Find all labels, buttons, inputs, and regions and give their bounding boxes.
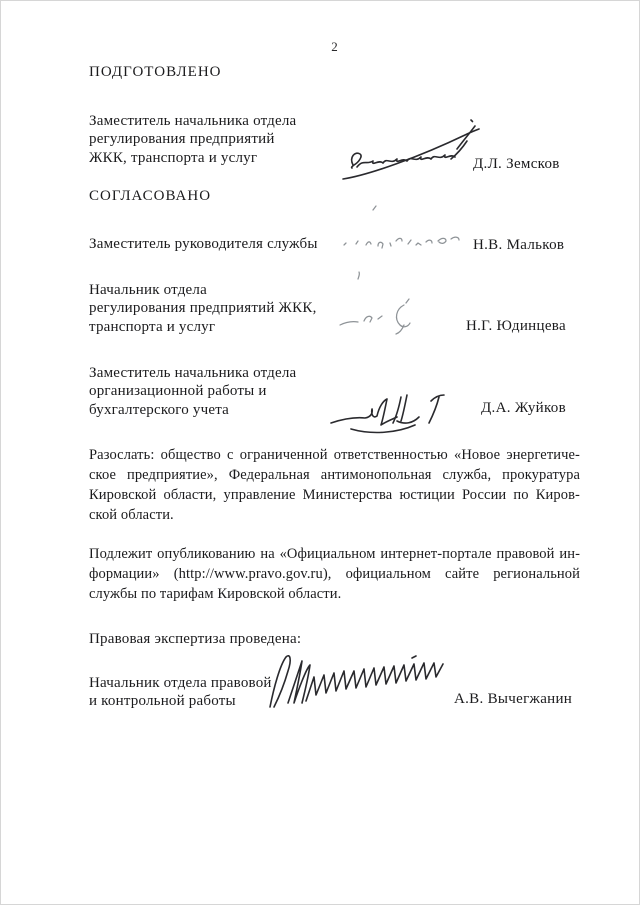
signer-role-zemskov: Заместитель начальника отдела регулирова… [89,112,296,167]
signer-name-yudintseva: Н.Г. Юдинцева [466,317,566,336]
signer-name-malkov: Н.В. Мальков [473,236,564,255]
role-line: Заместитель начальника отдела [89,112,296,130]
distribution-paragraph: Разослать: общество с ограниченной ответ… [89,445,580,525]
signer-role-zhuykov: Заместитель начальника отдела организаци… [89,364,296,419]
signer-name-vychegzhanin: А.В. Вычегжанин [454,690,572,709]
paragraph-line: формации» (http://www.pravo.gov.ru), офи… [89,564,580,584]
publication-paragraph: Подлежит опубликованию на «Официальном и… [89,544,580,604]
paragraph-line: Подлежит опубликованию на «Официальном и… [89,544,580,564]
role-line: регулирования предприятий [89,130,296,148]
role-line: и контрольной работы [89,692,272,710]
malkov-signature-icon [336,201,466,256]
role-line: Начальник отдела [89,281,317,299]
paragraph-line: ской области. [89,505,580,525]
role-line: ЖКК, транспорта и услуг [89,149,296,167]
signer-role-yudintseva: Начальник отдела регулирования предприят… [89,281,317,336]
paragraph-line: ское предприятие», Федеральная антимоноп… [89,465,580,485]
document-page: 2 ПОДГОТОВЛЕНО Заместитель начальника от… [0,0,640,905]
vychegzhanin-signature-icon [262,651,457,713]
zemskov-signature-icon [339,115,484,185]
paragraph-line: Кировской области, управление Министерст… [89,485,580,505]
signer-role-vychegzhanin: Начальник отдела правовой и контрольной … [89,674,272,711]
signer-name-zhuykov: Д.А. Жуйков [481,399,566,418]
yudintseva-signature-icon [334,267,429,337]
zhuykov-signature-icon [327,383,459,437]
paragraph-line: Разослать: общество с ограниченной ответ… [89,445,580,465]
role-line: бухгалтерского учета [89,401,296,419]
role-line: Заместитель руководителя службы [89,235,318,253]
signer-role-malkov: Заместитель руководителя службы [89,235,318,253]
role-line: Заместитель начальника отдела [89,364,296,382]
heading-legal-review: Правовая экспертиза проведена: [89,630,301,648]
role-line: Начальник отдела правовой [89,674,272,692]
role-line: организационной работы и [89,382,296,400]
paragraph-line: службы по тарифам Кировской области. [89,584,580,604]
signer-name-zemskov: Д.Л. Земсков [473,155,560,174]
role-line: транспорта и услуг [89,318,317,336]
heading-prepared: ПОДГОТОВЛЕНО [89,63,222,82]
page-number: 2 [301,39,368,55]
heading-approved: СОГЛАСОВАНО [89,187,211,206]
role-line: регулирования предприятий ЖКК, [89,299,317,317]
